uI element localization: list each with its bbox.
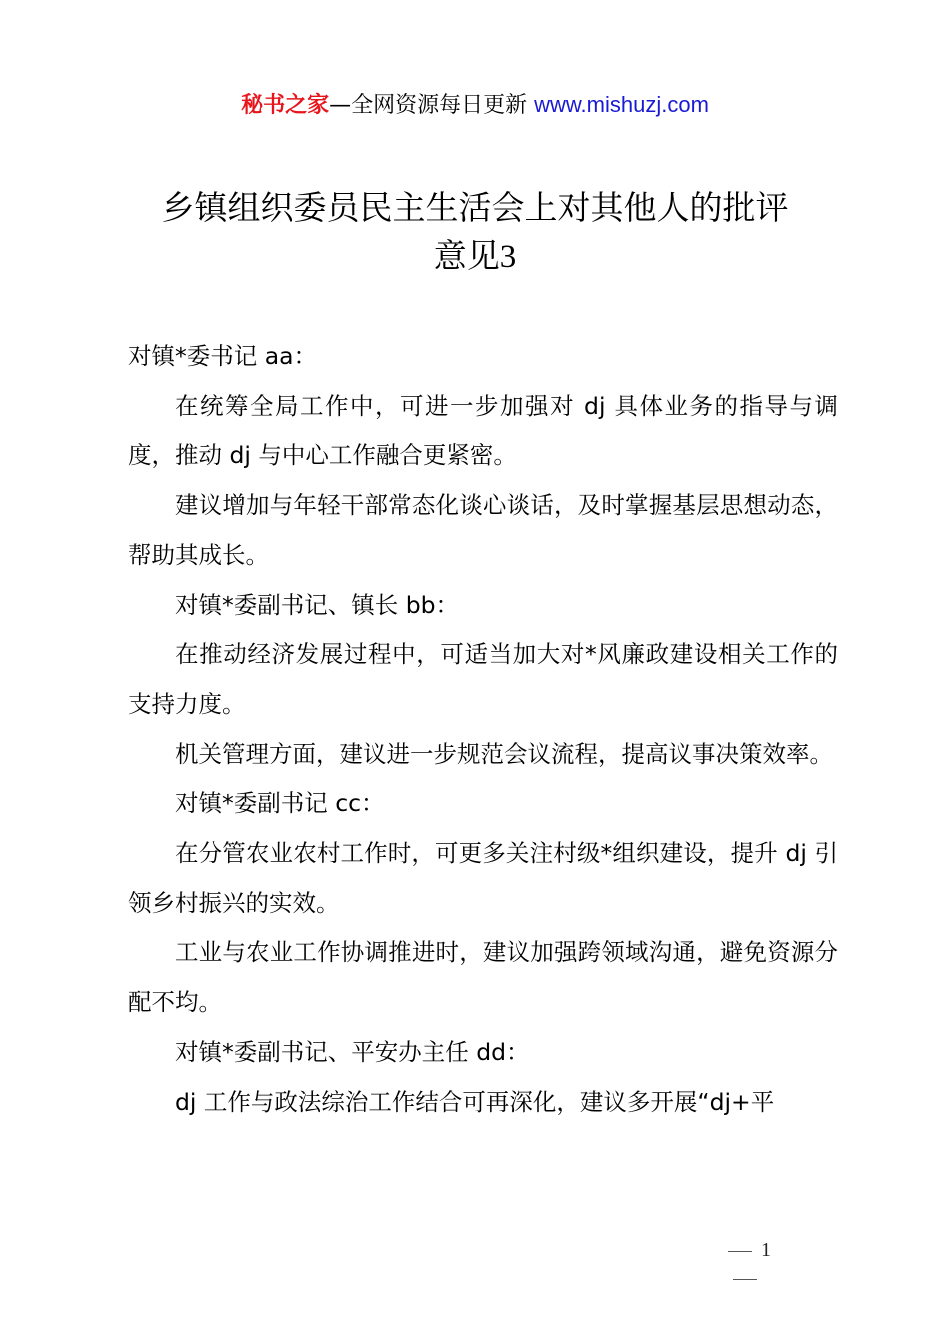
paragraph: 在分管农业农村工作时，可更多关注村级*组织建设，提升 dj 引领乡村振兴的实效。 [128, 829, 838, 928]
page-number: 1 [761, 1239, 771, 1261]
site-banner: 秘书之家—全网资源每日更新 www.mishuzj.com [0, 88, 950, 123]
paragraph: 对镇*委副书记 cc： [128, 779, 838, 829]
paragraph: 对镇*委书记 aa： [128, 332, 838, 382]
banner-slogan: —全网资源每日更新 [329, 93, 527, 118]
document-body: 对镇*委书记 aa： 在统筹全局工作中，可进一步加强对 dj 具体业务的指导与调… [128, 332, 838, 1127]
paragraph: 对镇*委副书记、镇长 bb： [128, 581, 838, 631]
dash-right [733, 1279, 757, 1281]
paragraph: dj 工作与政法综治工作结合可再深化，建议多开展“dj+平 [128, 1078, 838, 1128]
paragraph: 对镇*委副书记、平安办主任 dd： [128, 1028, 838, 1078]
paragraph: 建议增加与年轻干部常态化谈心谈话，及时掌握基层思想动态，帮助其成长。 [128, 481, 838, 580]
document-title: 乡镇组织委员民主生活会上对其他人的批评 意见3 [100, 184, 850, 281]
title-line-2: 意见3 [100, 232, 850, 281]
brand-name: 秘书之家 [241, 93, 329, 118]
site-url-link[interactable]: www.mishuzj.com [534, 92, 709, 117]
paragraph: 在统筹全局工作中，可进一步加强对 dj 具体业务的指导与调度，推动 dj 与中心… [128, 382, 838, 481]
title-line-1: 乡镇组织委员民主生活会上对其他人的批评 [100, 184, 850, 232]
dash-left [728, 1251, 752, 1253]
title-number: 3 [500, 239, 517, 275]
paragraph: 在推动经济发展过程中，可适当加大对*风廉政建设相关工作的支持力度。 [128, 630, 838, 729]
paragraph: 工业与农业工作协调推进时，建议加强跨领域沟通，避免资源分配不均。 [128, 928, 838, 1027]
page-footer: 1 [700, 1236, 790, 1292]
paragraph: 机关管理方面，建议进一步规范会议流程，提高议事决策效率。 [128, 730, 838, 780]
